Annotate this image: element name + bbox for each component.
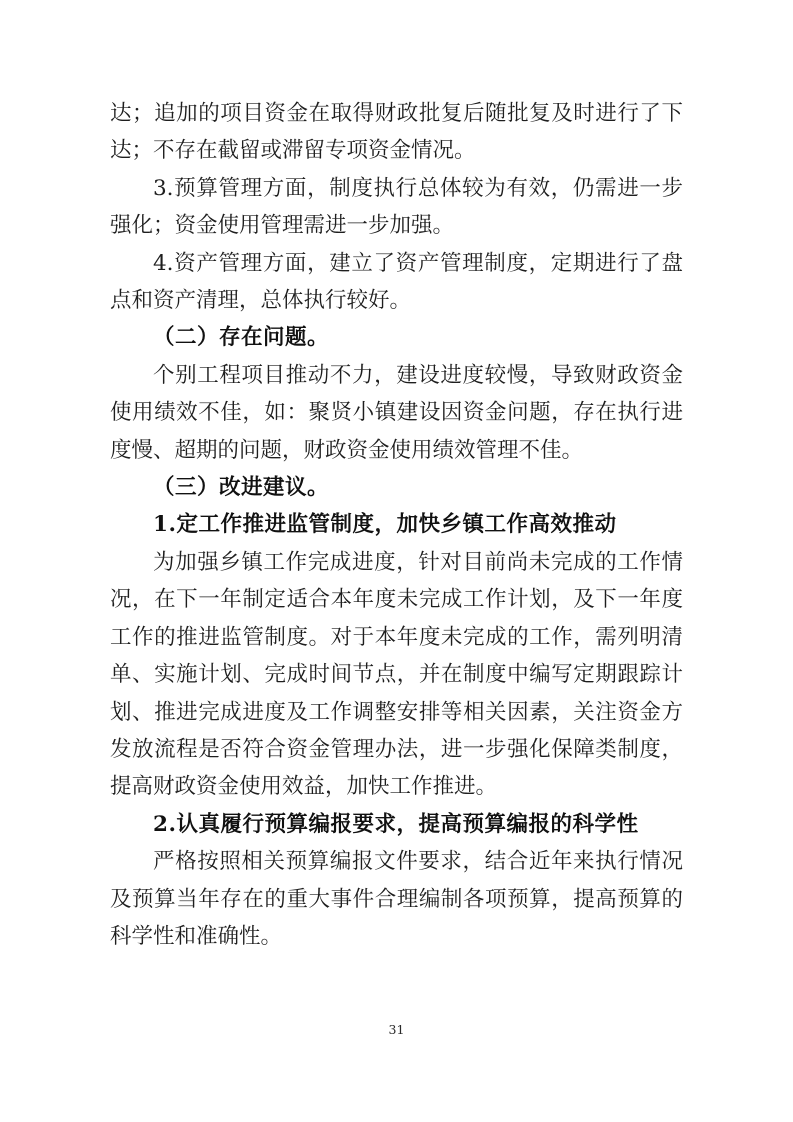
- text-line: 点和资产清理，总体执行较好。: [110, 282, 683, 319]
- text-line: 个别工程项目推动不力，建设进度较慢，导致财政资金: [110, 357, 683, 394]
- body-paragraph: 严格按照相关预算编报文件要求，结合近年来执行情况及预算当年存在的重大事件合理编制…: [110, 843, 683, 955]
- text-line: 达；不存在截留或滞留专项资金情况。: [110, 132, 683, 169]
- text-line: 达；追加的项目资金在取得财政批复后随批复及时进行了下: [110, 95, 683, 132]
- text-line: 4.资产管理方面，建立了资产管理制度，定期进行了盘: [110, 245, 683, 282]
- section-heading: （二）存在问题。: [110, 319, 683, 356]
- text-line: 2.认真履行预算编报要求，提高预算编报的科学性: [110, 806, 683, 843]
- text-line: （二）存在问题。: [110, 319, 683, 356]
- body-paragraph: 达；追加的项目资金在取得财政批复后随批复及时进行了下达；不存在截留或滞留专项资金…: [110, 95, 683, 170]
- text-line: 为加强乡镇工作完成进度，针对目前尚未完成的工作情: [110, 544, 683, 581]
- text-line: 及预算当年存在的重大事件合理编制各项预算，提高预算的: [110, 881, 683, 918]
- text-line: 单、实施计划、完成时间节点，并在制度中编写定期跟踪计: [110, 656, 683, 693]
- section-heading: 2.认真履行预算编报要求，提高预算编报的科学性: [110, 806, 683, 843]
- text-line: 况，在下一年制定适合本年度未完成工作计划，及下一年度: [110, 581, 683, 618]
- text-line: 1.定工作推进监管制度，加快乡镇工作高效推动: [110, 506, 683, 543]
- page-number: 31: [0, 1022, 793, 1037]
- body-paragraph: 3.预算管理方面，制度执行总体较为有效，仍需进一步强化；资金使用管理需进一步加强…: [110, 170, 683, 245]
- document-page: 达；追加的项目资金在取得财政批复后随批复及时进行了下达；不存在截留或滞留专项资金…: [0, 0, 793, 1122]
- body-paragraph: 个别工程项目推动不力，建设进度较慢，导致财政资金使用绩效不佳，如：聚贤小镇建设因…: [110, 357, 683, 469]
- text-line: 科学性和准确性。: [110, 918, 683, 955]
- text-line: （三）改进建议。: [110, 469, 683, 506]
- text-line: 严格按照相关预算编报文件要求，结合近年来执行情况: [110, 843, 683, 880]
- text-line: 发放流程是否符合资金管理办法，进一步强化保障类制度，: [110, 731, 683, 768]
- text-line: 3.预算管理方面，制度执行总体较为有效，仍需进一步: [110, 170, 683, 207]
- text-line: 强化；资金使用管理需进一步加强。: [110, 207, 683, 244]
- body-paragraph: 为加强乡镇工作完成进度，针对目前尚未完成的工作情况，在下一年制定适合本年度未完成…: [110, 544, 683, 806]
- body-paragraph: 4.资产管理方面，建立了资产管理制度，定期进行了盘点和资产清理，总体执行较好。: [110, 245, 683, 320]
- document-body: 达；追加的项目资金在取得财政批复后随批复及时进行了下达；不存在截留或滞留专项资金…: [110, 95, 683, 955]
- section-heading: 1.定工作推进监管制度，加快乡镇工作高效推动: [110, 506, 683, 543]
- section-heading: （三）改进建议。: [110, 469, 683, 506]
- text-line: 提高财政资金使用效益，加快工作推进。: [110, 768, 683, 805]
- text-line: 工作的推进监管制度。对于本年度未完成的工作，需列明清: [110, 619, 683, 656]
- text-line: 度慢、超期的问题，财政资金使用绩效管理不佳。: [110, 432, 683, 469]
- text-line: 使用绩效不佳，如：聚贤小镇建设因资金问题，存在执行进: [110, 394, 683, 431]
- text-line: 划、推进完成进度及工作调整安排等相关因素，关注资金方: [110, 694, 683, 731]
